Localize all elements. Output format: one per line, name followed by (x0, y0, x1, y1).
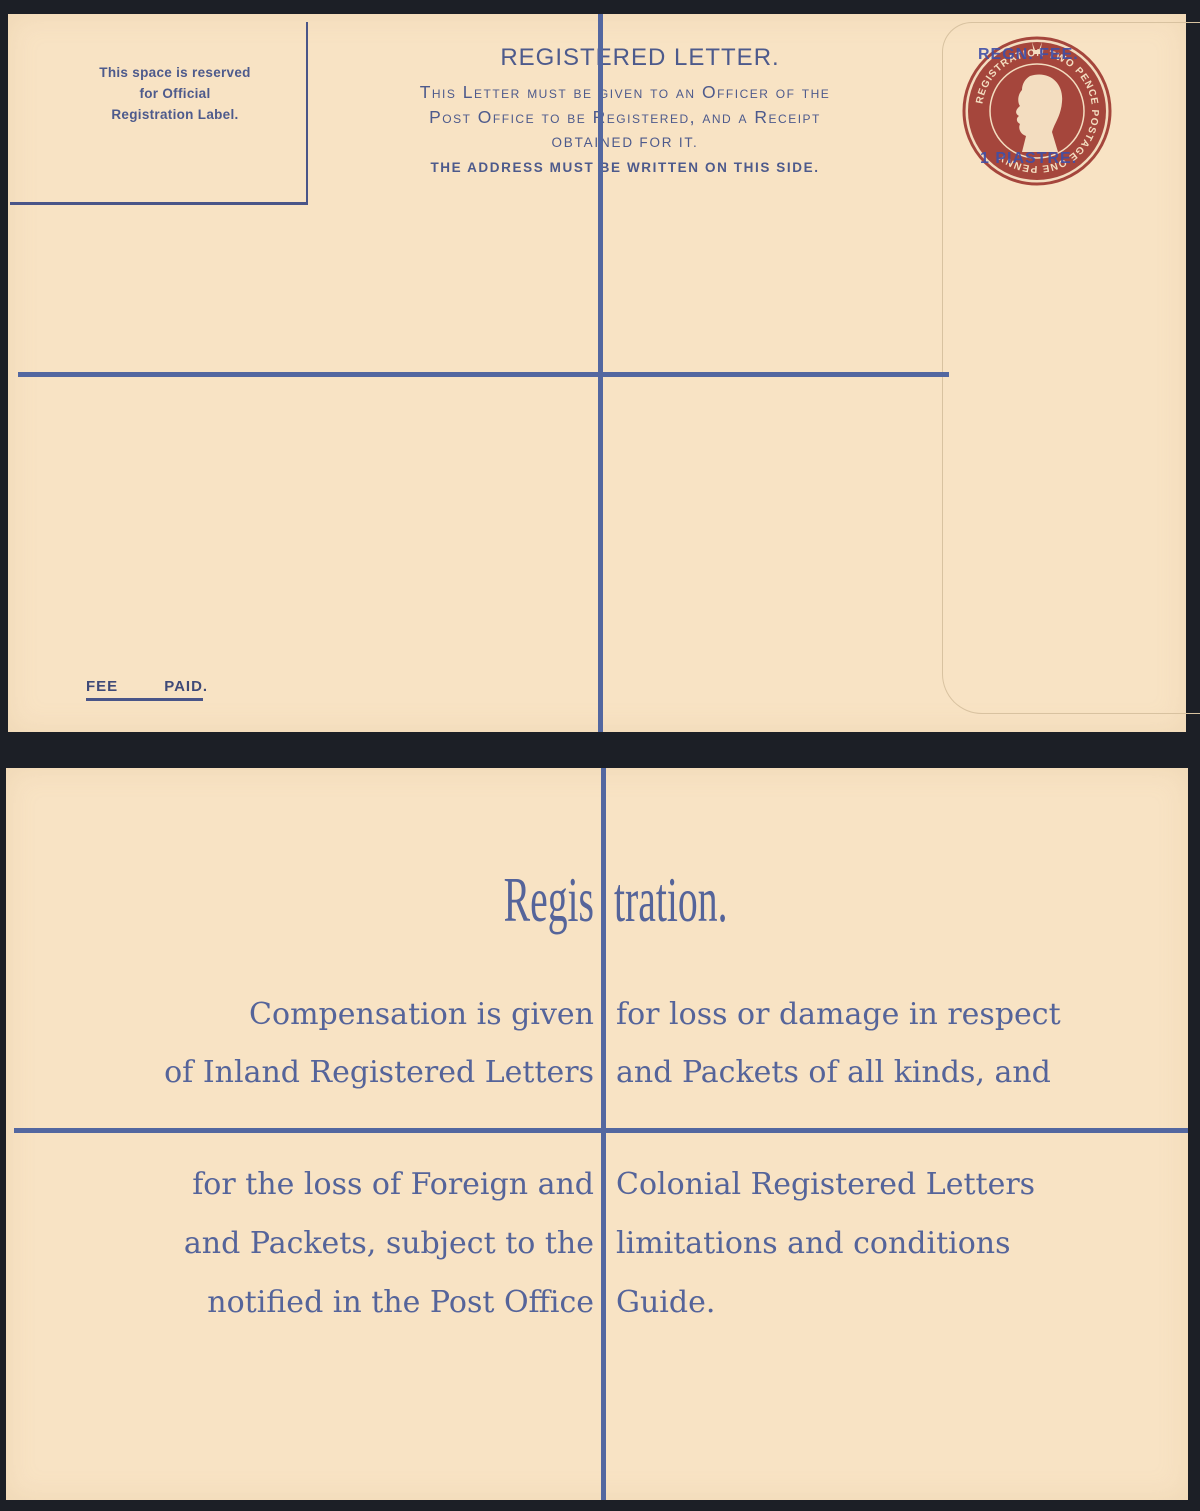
text-right-row-3: Colonial Registered Letters (616, 1170, 1035, 1200)
back-vertical-line (601, 768, 606, 1500)
text-right-row-2: and Packets of all kinds, and (616, 1058, 1051, 1088)
registration-title-right: tration. (614, 868, 727, 932)
text-left-row-2: of Inland Registered Letters (164, 1058, 594, 1088)
front-horizontal-line (18, 372, 949, 377)
text-left-row-4: and Packets, subject to the (184, 1229, 594, 1259)
text-right-row-1: for loss or damage in respect (616, 1000, 1061, 1030)
text-right-row-4: limitations and conditions (616, 1229, 1011, 1259)
label-box-line-1: This space is reserved (10, 62, 340, 83)
fee-paid-label: FEEPAID. (86, 678, 208, 695)
official-label-box: This space is reserved for Official Regi… (10, 22, 308, 205)
overprint-regn-fee: REGN. FEE. (978, 46, 1079, 64)
label-box-line-3: Registration Label. (10, 104, 340, 125)
fee-paid-underline (86, 698, 203, 701)
registration-title-left: Regis (492, 868, 594, 932)
instruction-line-1: This Letter must be given to an Officer … (340, 82, 910, 103)
text-left-row-5: notified in the Post Office (207, 1288, 594, 1318)
paid-text: PAID. (164, 678, 208, 695)
instruction-line-3: OBTAINED FOR IT. (340, 135, 910, 150)
registered-letter-title: REGISTERED LETTER. (440, 44, 840, 72)
text-right-row-5: Guide. (616, 1288, 715, 1318)
instruction-line-4: THE ADDRESS MUST BE WRITTEN ON THIS SIDE… (340, 160, 910, 175)
text-left-row-1: Compensation is given (249, 1000, 594, 1030)
back-horizontal-line (14, 1128, 1188, 1133)
overprint-1-piastre: 1 PIASTRE. (980, 150, 1077, 168)
instruction-line-2: Post Office to be Registered, and a Rece… (340, 107, 910, 128)
registered-envelope-back (6, 768, 1188, 1500)
text-left-row-3: for the loss of Foreign and (192, 1170, 594, 1200)
label-box-line-2: for Official (10, 83, 340, 104)
fee-text: FEE (86, 678, 118, 695)
